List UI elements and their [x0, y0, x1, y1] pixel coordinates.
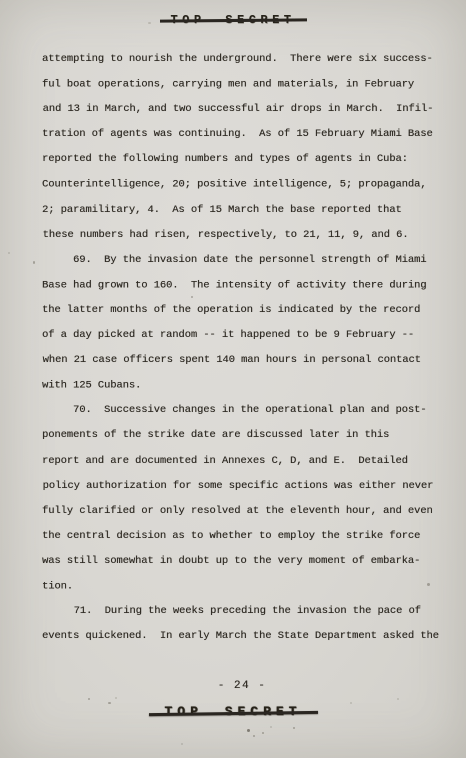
text-line: 69. By the invasion date the personnel s…: [42, 248, 439, 273]
noise-speck: [262, 732, 264, 734]
classification-text-bottom: TOP SECRET: [164, 704, 301, 719]
noise-speck: [253, 735, 255, 737]
noise-speck: [115, 697, 117, 699]
top-secret-stamp-top: TOP SECRET: [0, 13, 466, 27]
text-line: of a day picked at random -- it happened…: [42, 323, 439, 348]
noise-speck: [427, 583, 430, 586]
noise-speck: [33, 261, 35, 264]
text-line: 2; paramilitary, 4. As of 15 March the b…: [42, 198, 439, 223]
top-secret-stamp-bottom: TOP SECRET: [0, 704, 466, 719]
noise-speck: [270, 726, 272, 728]
text-line: these numbers had risen, respectively, t…: [43, 223, 440, 248]
text-line: policy authorization for some specific a…: [43, 474, 440, 499]
text-line: ful boat operations, carrying men and ma…: [42, 72, 439, 97]
text-line: when 21 case officers spent 140 man hour…: [43, 348, 440, 373]
text-line: 70. Successive changes in the operationa…: [42, 398, 439, 423]
noise-speck: [8, 252, 10, 254]
text-line: the latter months of the operation is in…: [42, 298, 439, 323]
text-line: attempting to nourish the underground. T…: [42, 47, 439, 72]
text-line: events quickened. In early March the Sta…: [42, 624, 439, 649]
text-line: and 13 in March, and two successful air …: [43, 97, 440, 122]
classification-text-top: TOP SECRET: [170, 13, 295, 27]
text-line: the central decision as to whether to em…: [42, 524, 439, 549]
noise-speck: [88, 698, 90, 700]
text-line: fully clarified or only resolved at the …: [42, 499, 439, 524]
noise-speck: [191, 296, 193, 298]
text-line: reported the following numbers and types…: [42, 147, 439, 172]
noise-speck: [397, 698, 399, 700]
noise-speck: [247, 729, 250, 732]
noise-speck: [108, 702, 111, 704]
text-line: 71. During the weeks preceding the invas…: [43, 599, 440, 624]
noise-speck: [293, 727, 295, 729]
page-number: - 24 -: [9, 680, 466, 692]
noise-speck: [148, 22, 151, 24]
text-line: Base had grown to 160. The intensity of …: [42, 273, 439, 298]
document-body: attempting to nourish the underground. T…: [42, 47, 439, 649]
text-line: ponements of the strike date are discuss…: [42, 423, 439, 448]
text-line: tration of agents was continuing. As of …: [42, 122, 439, 147]
noise-speck: [181, 743, 183, 745]
noise-speck: [350, 702, 352, 704]
text-line: Counterintelligence, 20; positive intell…: [42, 173, 439, 198]
text-line: with 125 Cubans.: [42, 374, 439, 399]
text-line: tion.: [42, 574, 439, 599]
document-page: TOP SECRET attempting to nourish the und…: [0, 0, 466, 758]
text-line: report and are documented in Annexes C, …: [42, 449, 439, 474]
text-line: was still somewhat in doubt up to the ve…: [42, 549, 439, 574]
